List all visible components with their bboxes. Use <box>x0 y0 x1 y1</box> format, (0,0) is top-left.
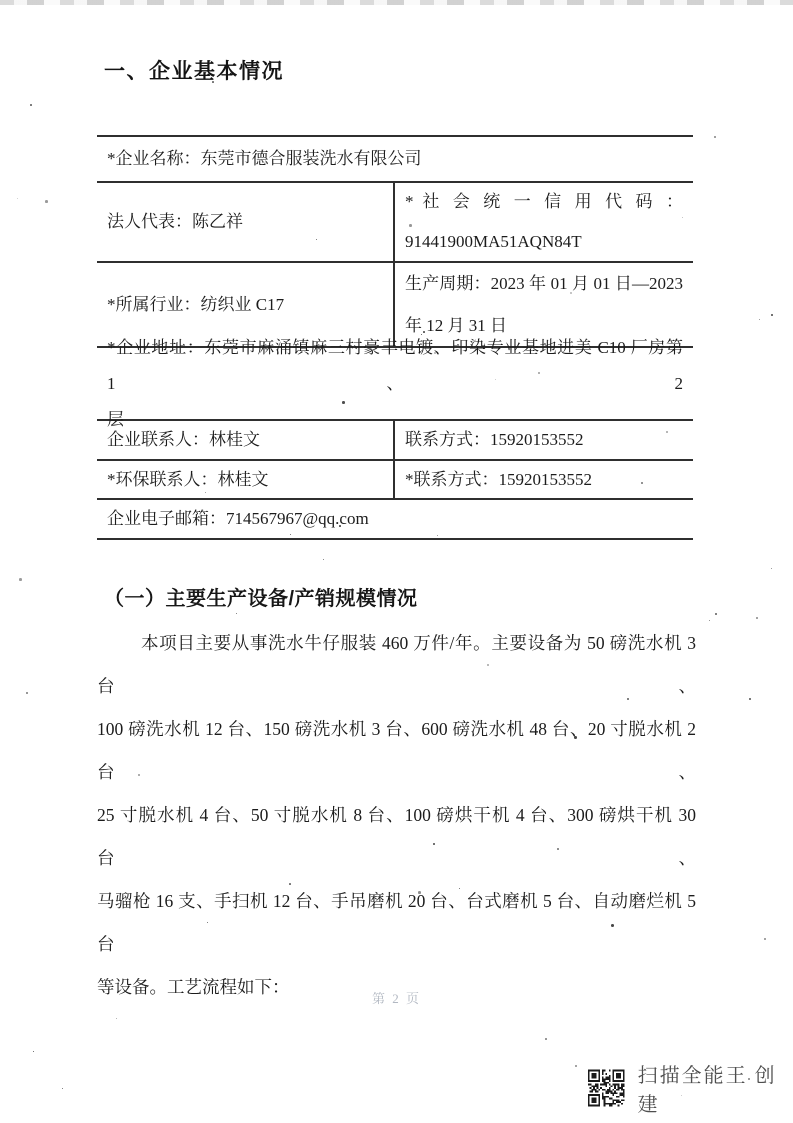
scan-speck <box>26 692 28 694</box>
cell-text: *企业名称：东莞市德合服装洗水有限公司 <box>107 139 683 179</box>
scan-speck <box>709 620 710 621</box>
table-cell: 企业电子邮箱：714567967@qq.com <box>97 500 693 538</box>
scan-speck <box>45 200 48 203</box>
table-cell: 法人代表：陈乙祥 <box>97 183 395 261</box>
watermark-text: 扫描全能王 创建 <box>638 1059 793 1117</box>
scan-speck <box>771 314 773 316</box>
scan-speck <box>756 617 758 619</box>
table-cell: *企业名称：东莞市德合服装洗水有限公司 <box>97 137 693 181</box>
table-cell: *联系方式：15920153552 <box>395 461 693 498</box>
cell-text: 企业电子邮箱：714567967@qq.com <box>107 499 683 539</box>
scan-speck <box>323 559 324 560</box>
paragraph-line: 100 磅洗水机 12 台、150 磅洗水机 3 台、600 磅洗水机 48 台… <box>97 708 696 794</box>
cell-text: 生产周期：2023 年 01 月 01 日—2023 <box>405 263 683 305</box>
table-cell: *企业地址：东莞市麻涌镇麻三村豪丰电镀、印染专业基地进美 C10 厂房第 1、2… <box>97 348 693 419</box>
page-number: 第 2 页 <box>0 988 793 1007</box>
cell-text: 法人代表：陈乙祥 <box>107 202 383 242</box>
table-cell: *环保联系人：林桂文 <box>97 461 395 498</box>
scan-speck <box>764 938 766 940</box>
scan-speck <box>771 568 772 569</box>
scan-edge-artifact <box>0 0 793 5</box>
cell-text: 联系方式：15920153552 <box>405 420 683 460</box>
cell-text: *联系方式：15920153552 <box>405 460 683 500</box>
scan-speck <box>62 1088 63 1089</box>
scan-speck <box>116 1018 117 1019</box>
cell-text: *企业地址：东莞市麻涌镇麻三村豪丰电镀、印染专业基地进美 C10 厂房第 1、2 <box>107 330 683 402</box>
scan-speck <box>715 613 717 615</box>
scan-speck <box>17 198 18 199</box>
scan-speck <box>30 104 32 106</box>
equipment-paragraph: 本项目主要从事洗水牛仔服装 460 万件/年。主要设备为 50 磅洗水机 3 台… <box>97 622 696 1009</box>
table-row: *企业名称：东莞市德合服装洗水有限公司 <box>97 137 693 183</box>
scan-speck <box>545 1038 547 1040</box>
cell-text: 企业联系人：林桂文 <box>107 420 383 460</box>
scan-speck <box>714 136 716 138</box>
cell-text: *环保联系人：林桂文 <box>107 460 383 500</box>
table-row: *企业地址：东莞市麻涌镇麻三村豪丰电镀、印染专业基地进美 C10 厂房第 1、2… <box>97 348 693 421</box>
scan-speck <box>33 1051 34 1052</box>
document-heading: 一、企业基本情况 <box>104 58 284 85</box>
camscanner-watermark: 扫描全能王 创建 <box>588 1066 793 1110</box>
table-row: 法人代表：陈乙祥* 社 会 统 一 信 用 代 码 ：91441900MA51A… <box>97 183 693 263</box>
scanned-document-page: 一、企业基本情况 *企业名称：东莞市德合服装洗水有限公司法人代表：陈乙祥* 社 … <box>0 0 793 1123</box>
qr-code-icon <box>588 1069 625 1107</box>
cell-text: 91441900MA51AQN84T <box>405 222 683 262</box>
scan-speck <box>749 698 751 700</box>
scan-speck <box>19 578 22 581</box>
scan-speck <box>575 1065 577 1067</box>
scan-speck <box>236 613 237 614</box>
table-cell: * 社 会 统 一 信 用 代 码 ：91441900MA51AQN84T <box>395 183 693 261</box>
table-cell: 联系方式：15920153552 <box>395 421 693 459</box>
scan-speck <box>759 319 760 320</box>
paragraph-line: 马骝枪 16 支、手扫机 12 台、手吊磨机 20 台、台式磨机 5 台、自动磨… <box>97 880 696 966</box>
table-row: 企业联系人：林桂文联系方式：15920153552 <box>97 421 693 461</box>
section-heading: （一）主要生产设备/产销规模情况 <box>104 585 418 613</box>
paragraph-line: 25 寸脱水机 4 台、50 寸脱水机 8 台、100 磅烘干机 4 台、300… <box>97 794 696 880</box>
table-row: *环保联系人：林桂文*联系方式：15920153552 <box>97 461 693 500</box>
table-row: 企业电子邮箱：714567967@qq.com <box>97 500 693 540</box>
table-cell: 企业联系人：林桂文 <box>97 421 395 459</box>
cell-text: *所属行业：纺织业 C17 <box>107 284 383 326</box>
paragraph-line: 本项目主要从事洗水牛仔服装 460 万件/年。主要设备为 50 磅洗水机 3 台… <box>97 622 696 708</box>
enterprise-info-table: *企业名称：东莞市德合服装洗水有限公司法人代表：陈乙祥* 社 会 统 一 信 用… <box>97 135 693 540</box>
cell-text: * 社 会 统 一 信 用 代 码 ： <box>405 182 683 222</box>
